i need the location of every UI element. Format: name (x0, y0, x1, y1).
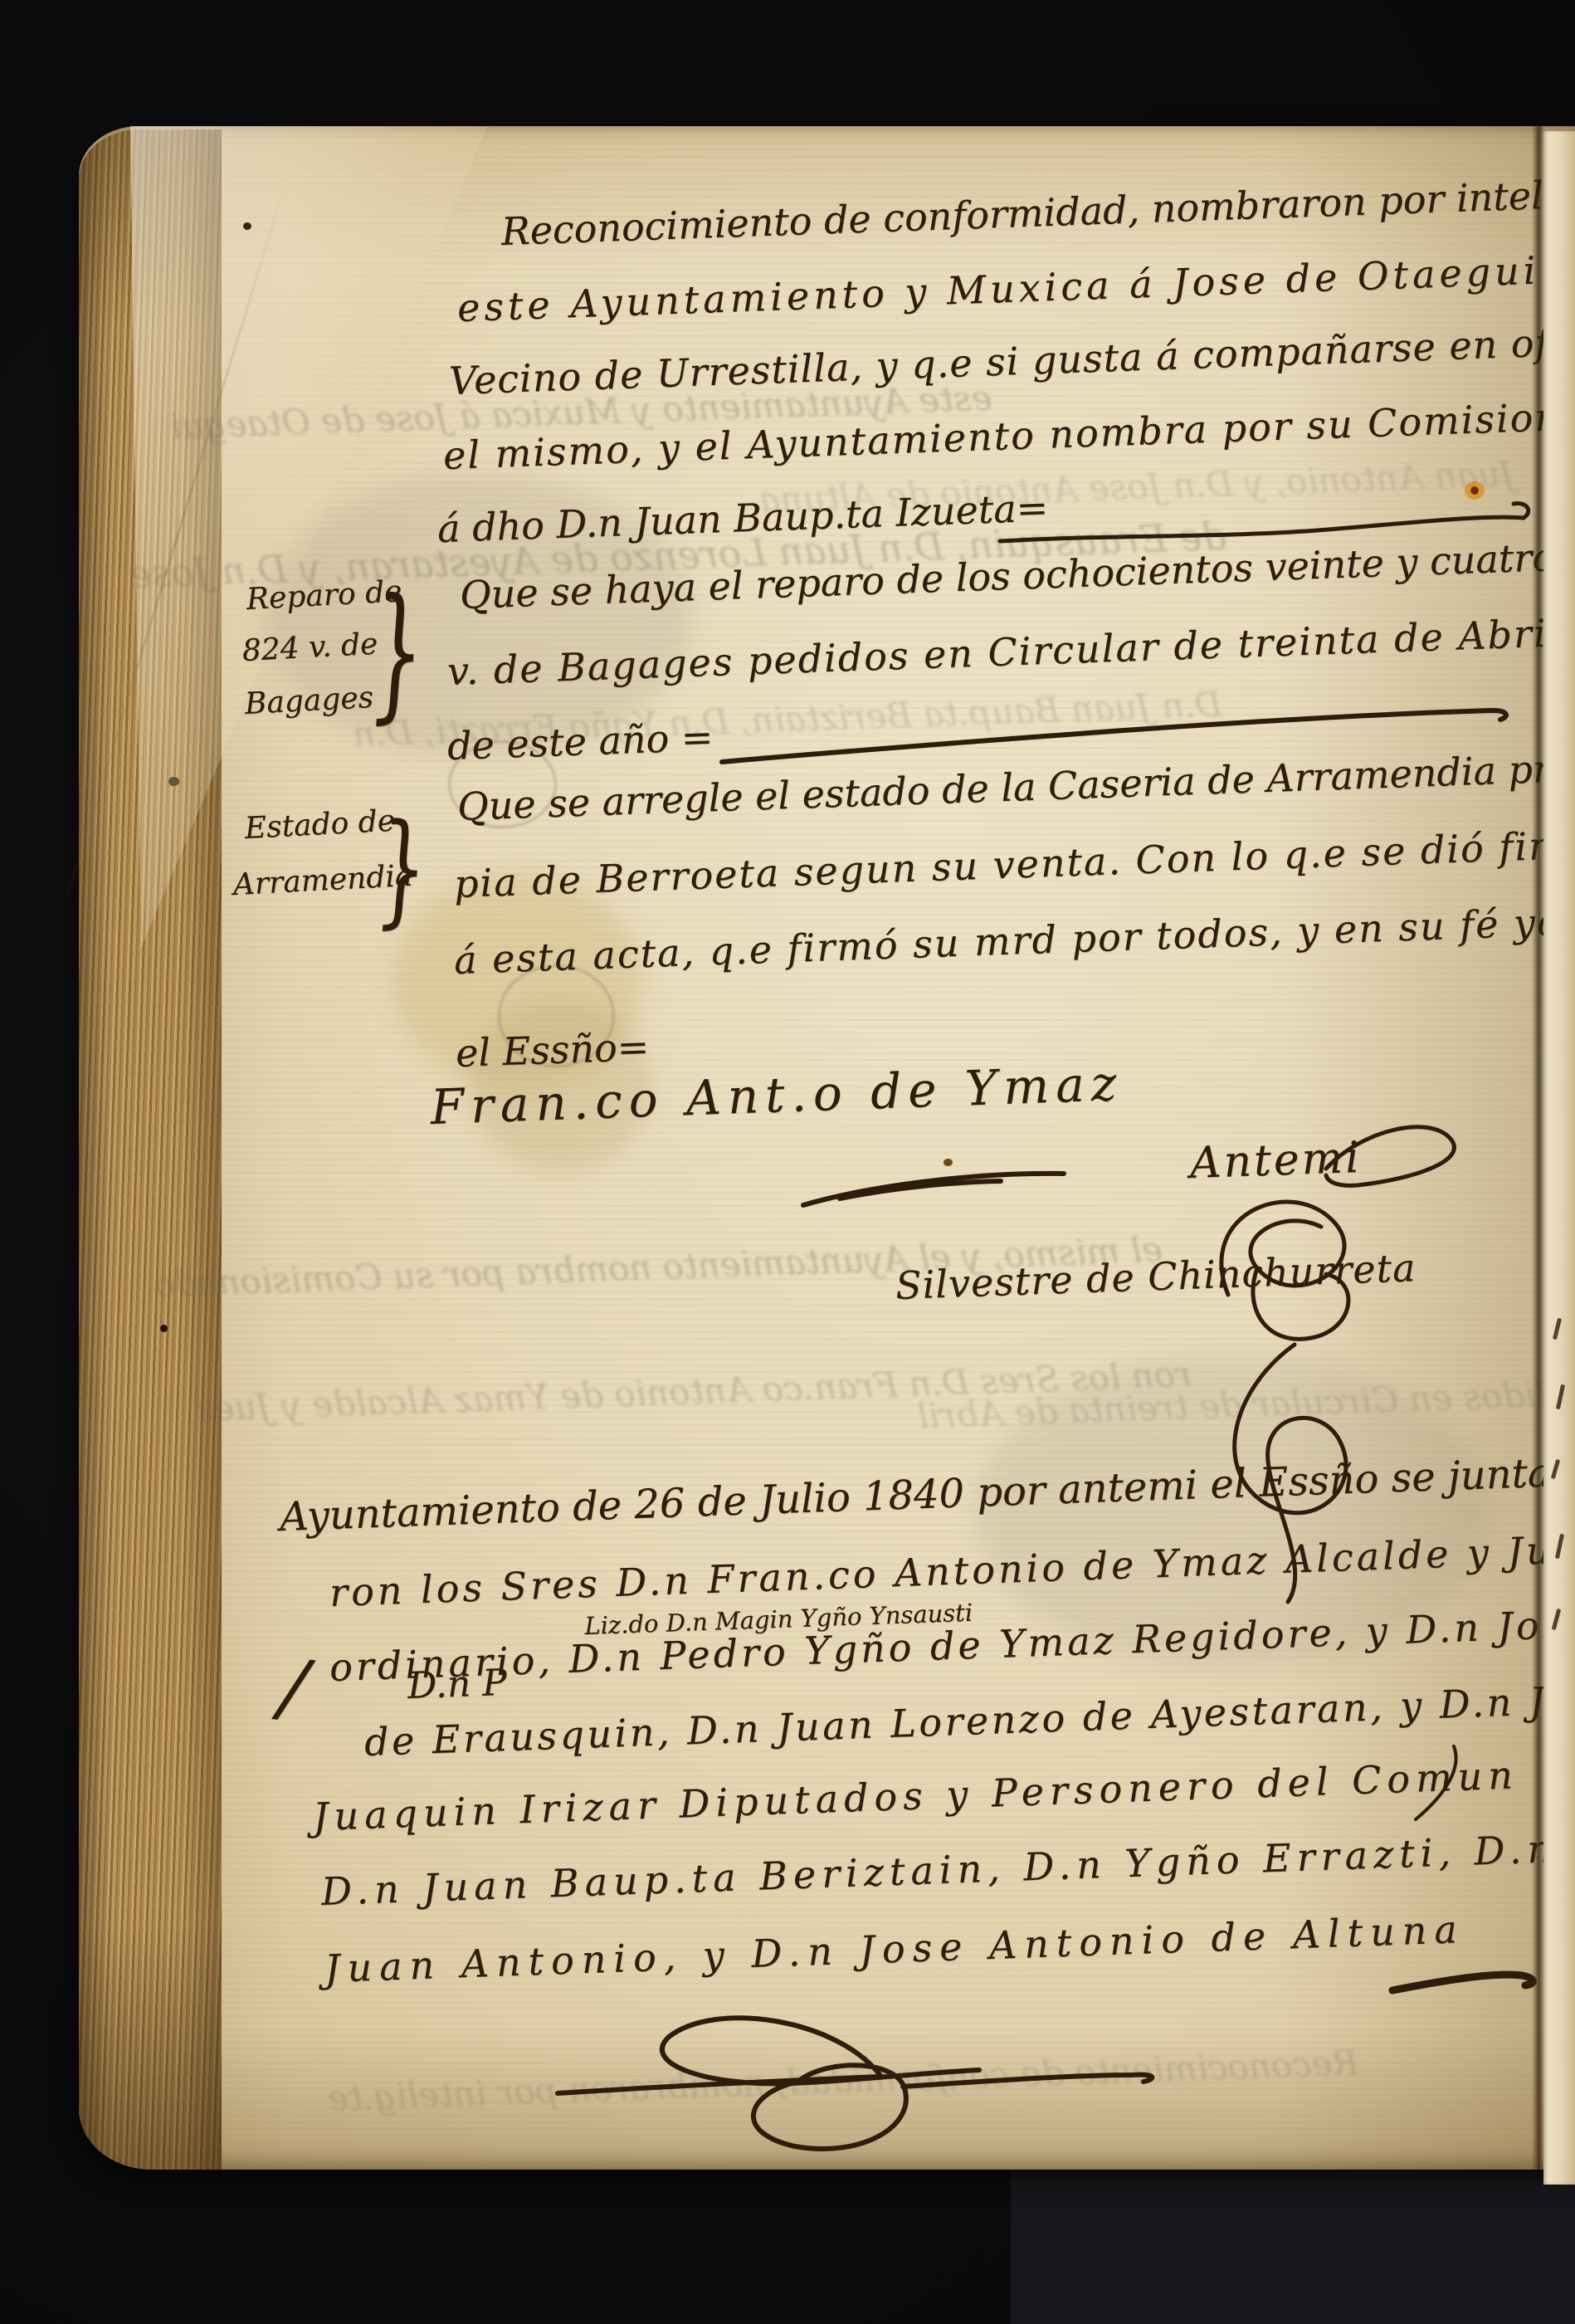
margin-note-line: Bagages (244, 681, 374, 721)
margin-brace: } (375, 797, 428, 940)
margin-note-line: 824 v. de (241, 627, 378, 668)
leaf-speck (160, 1325, 168, 1332)
signature-antemi: Antemi (1189, 1133, 1363, 1189)
manuscript-line: de este año = (446, 715, 714, 769)
photo-backdrop: este Ayuntamiento y Muxica á Jose de Ota… (0, 0, 1575, 2324)
insertion-fragment: D.n P (407, 1662, 507, 1707)
margin-brace: } (368, 566, 427, 738)
manuscript-line: el Essño= (455, 1024, 650, 1076)
bleed-through-ghost: Reconocimiento de conformidad, nombraron… (328, 2042, 1359, 2118)
ink-dot-stain (243, 222, 251, 230)
fleck-stain (944, 1159, 953, 1166)
backdrop-shadow-patch (1011, 2170, 1575, 2324)
